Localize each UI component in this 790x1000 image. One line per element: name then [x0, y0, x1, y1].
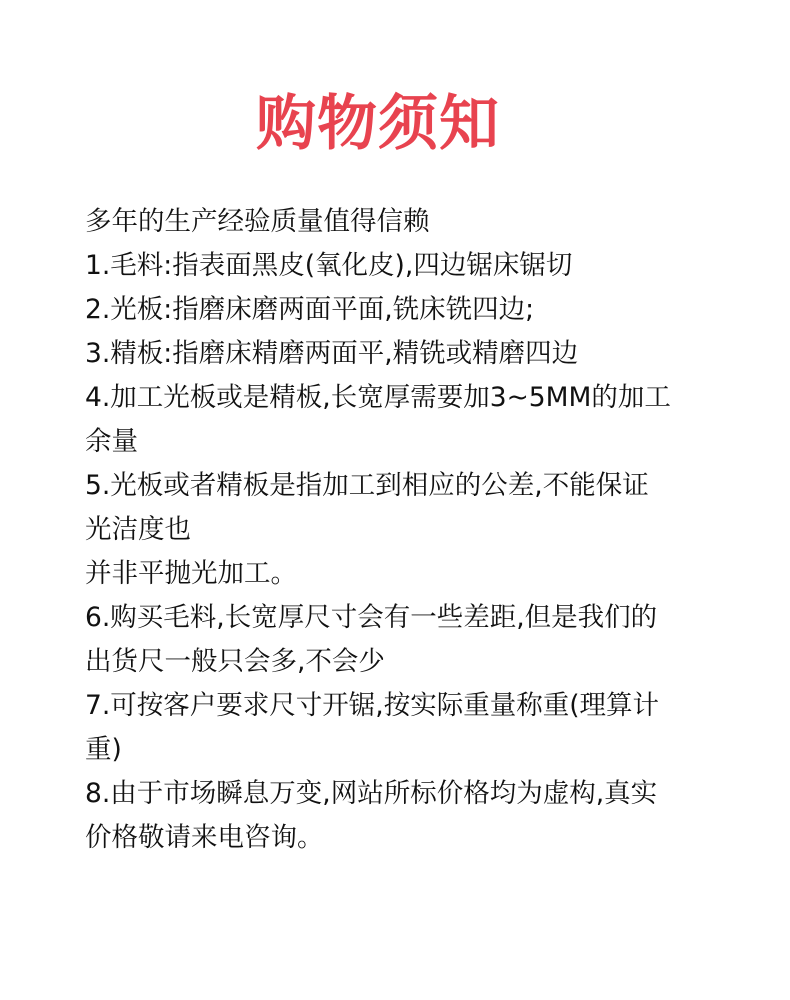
notice-item-5-cont: 光洁度也 — [85, 508, 725, 552]
notice-item-2: 2.光板:指磨床磨两面平面,铣床铣四边; — [85, 288, 725, 332]
notice-item-8-cont: 价格敬请来电咨询。 — [85, 816, 725, 860]
notice-item-5: 5.光板或者精板是指加工到相应的公差,不能保证 — [85, 464, 725, 508]
notice-item-7: 7.可按客户要求尺寸开锯,按实际重量称重(理算计 — [85, 684, 725, 728]
notice-item-7-cont: 重) — [85, 728, 725, 772]
notice-item-1: 1.毛料:指表面黑皮(氧化皮),四边锯床锯切 — [85, 244, 725, 288]
notice-item-4-cont: 余量 — [85, 420, 725, 464]
notice-item-6: 6.购买毛料,长宽厚尺寸会有一些差距,但是我们的 — [85, 596, 725, 640]
notice-item-3: 3.精板:指磨床精磨两面平,精铣或精磨四边 — [85, 332, 725, 376]
notice-item-8: 8.由于市场瞬息万变,网站所标价格均为虚构,真实 — [85, 772, 725, 816]
intro-line: 多年的生产经验质量值得信赖 — [85, 200, 725, 244]
notice-item-5-cont-2: 并非平抛光加工。 — [85, 552, 725, 596]
notice-item-6-cont: 出货尺一般只会多,不会少 — [85, 640, 725, 684]
page-title: 购物须知 — [0, 88, 756, 160]
shopping-notice-body: 多年的生产经验质量值得信赖 1.毛料:指表面黑皮(氧化皮),四边锯床锯切 2.光… — [85, 200, 725, 860]
notice-item-4: 4.加工光板或是精板,长宽厚需要加3~5MM的加工 — [85, 376, 725, 420]
